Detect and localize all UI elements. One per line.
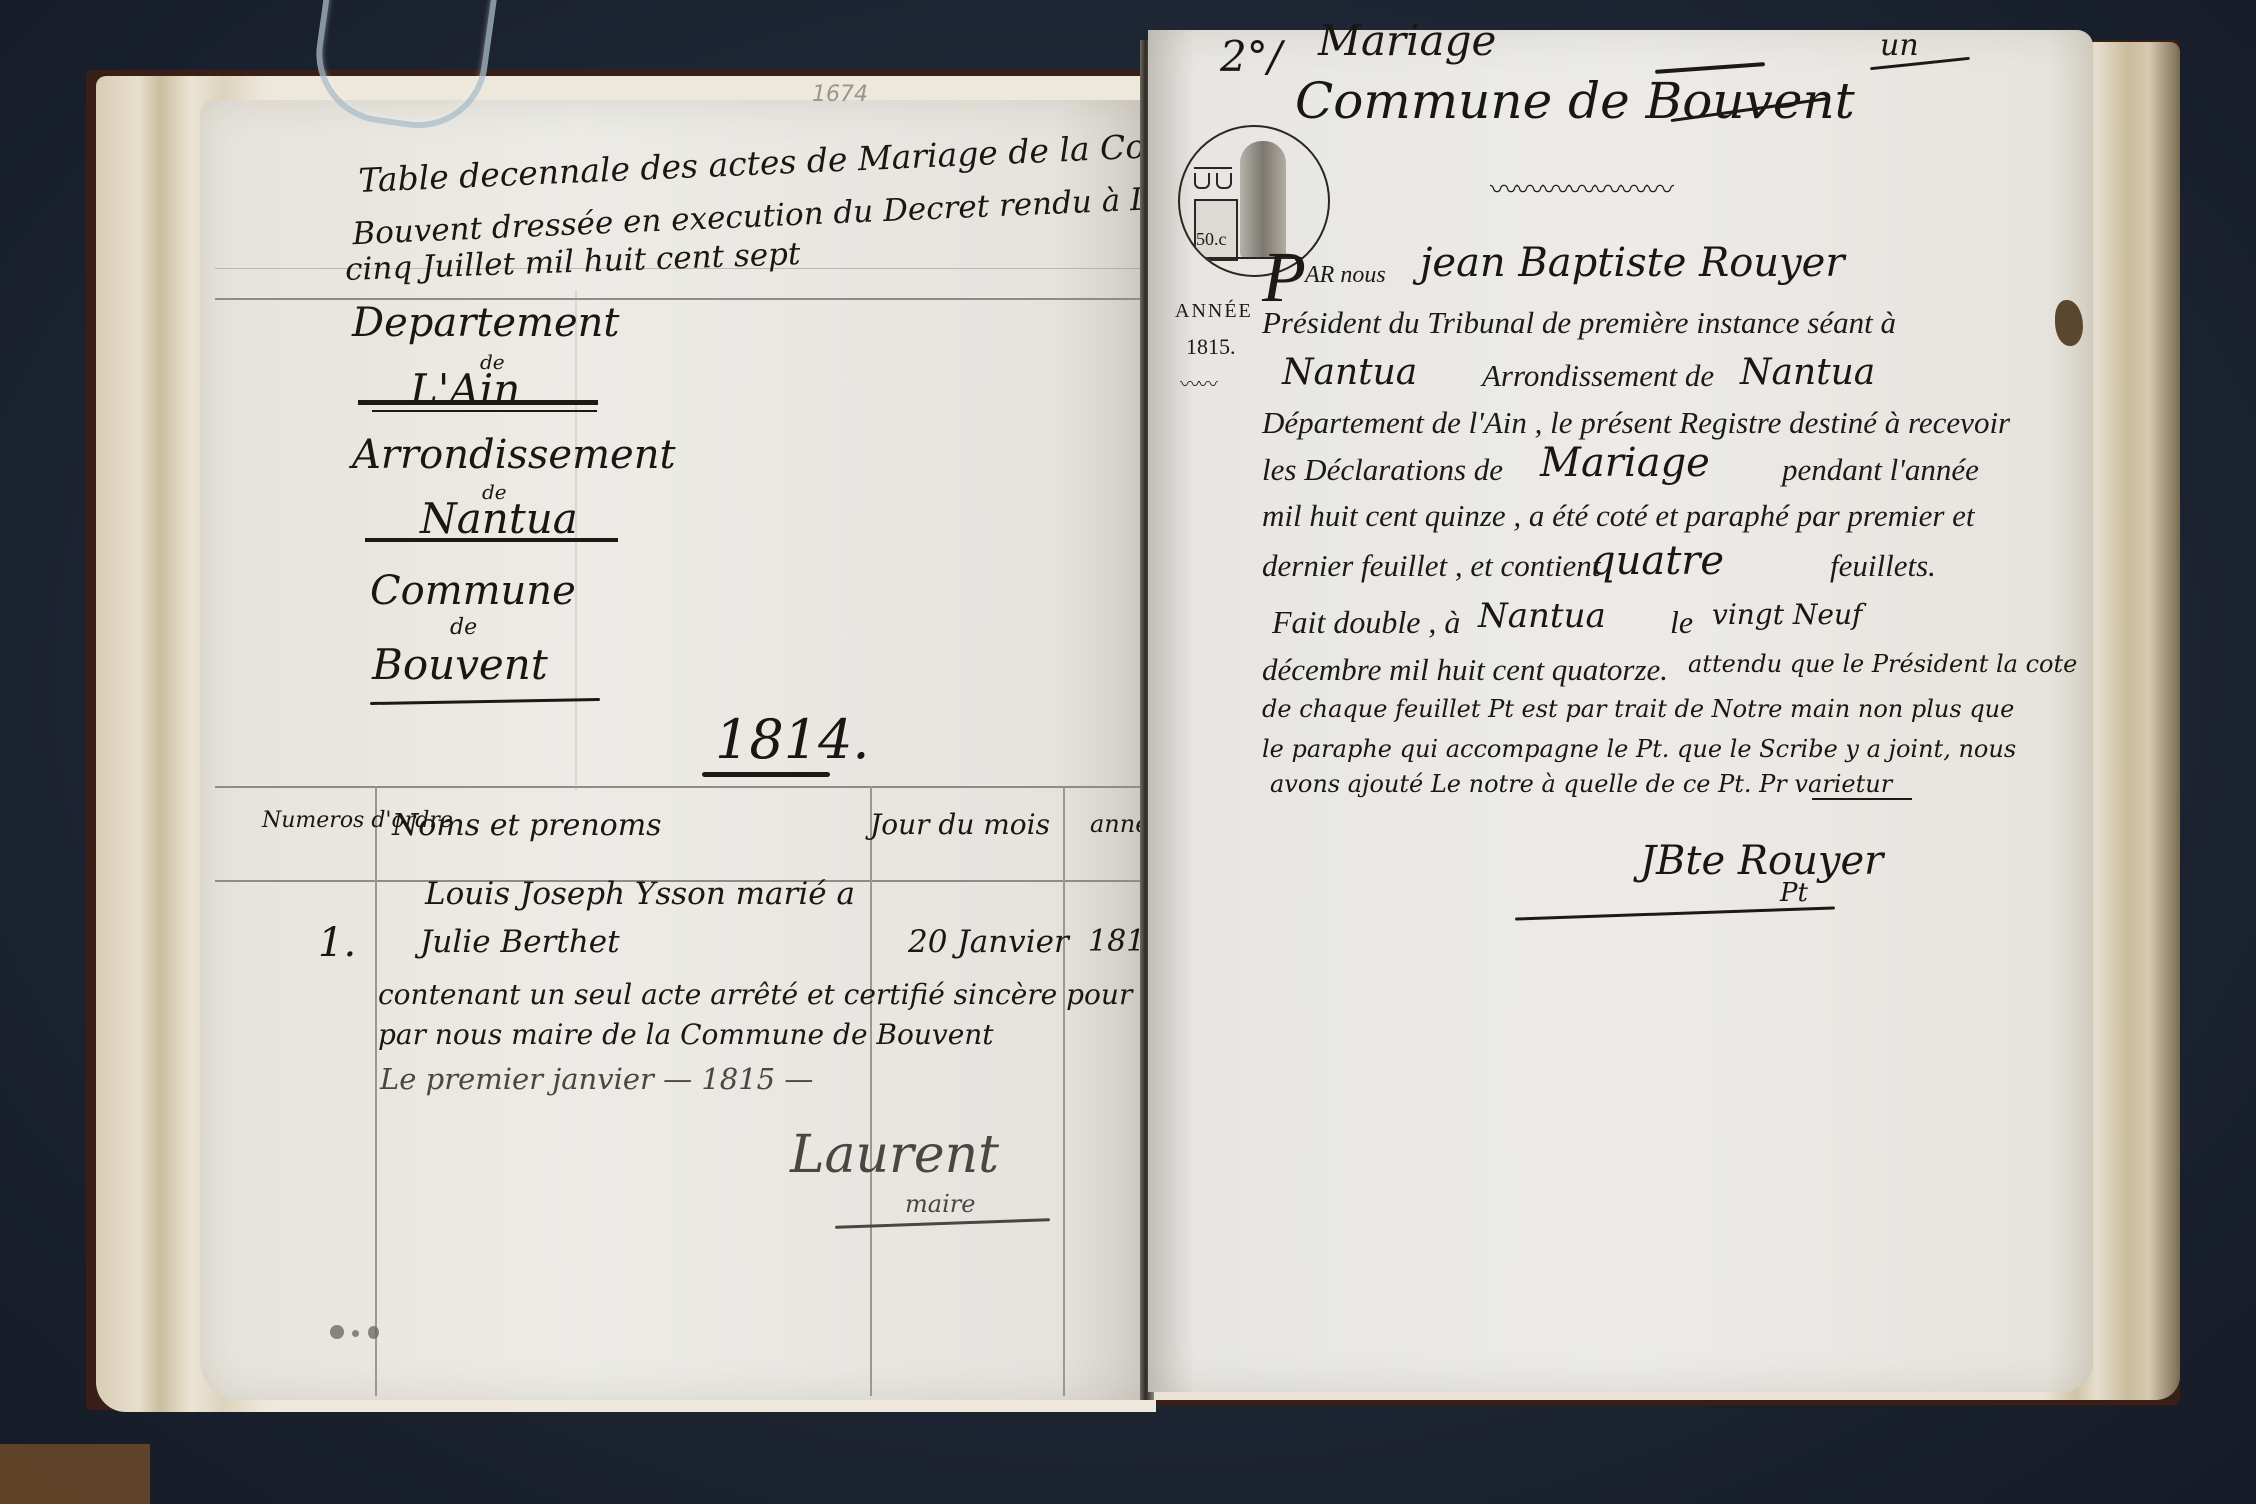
top-note-mariage: Mariage bbox=[1318, 16, 1496, 65]
handwritten-arrondissement: Nantua bbox=[1740, 352, 1875, 393]
left-page bbox=[200, 100, 1150, 1400]
closing-line-2: par nous maire de la Commune de Bouvent bbox=[378, 1018, 994, 1051]
annee-value: 1815. bbox=[1186, 334, 1236, 360]
column-header-noms: Noms et prenoms bbox=[392, 808, 662, 843]
president-signature: JBte Rouyer bbox=[1640, 838, 1883, 884]
scales-of-justice-icon bbox=[1194, 167, 1232, 197]
table-column-divider bbox=[1063, 786, 1065, 1396]
arrondissement-label: Arrondissement bbox=[352, 432, 676, 478]
printed-line-6: mil huit cent quinze , a été coté et par… bbox=[1262, 498, 1975, 534]
handwritten-addendum-line-2: le paraphe qui accompagne le Pt. que le … bbox=[1262, 735, 2016, 763]
pencil-archive-number: 1674 bbox=[812, 82, 868, 107]
handwritten-place: Nantua bbox=[1478, 596, 1606, 636]
handwritten-declaration-type: Mariage bbox=[1540, 440, 1710, 486]
row-day-month: 20 Janvier bbox=[908, 924, 1069, 960]
printed-line-5b: pendant l'année bbox=[1782, 452, 1979, 488]
handwritten-addendum-line-1: de chaque feuillet Pt est par trait de N… bbox=[1262, 695, 2014, 723]
printed-line-7b: feuillets. bbox=[1830, 548, 1936, 584]
handwritten-addendum-line-3: avons ajouté Le notre à quelle de ce Pt.… bbox=[1270, 770, 1892, 798]
closing-line-3: Le premier janvier — 1815 — bbox=[380, 1062, 813, 1096]
tax-stamp: 50.c bbox=[1178, 125, 1330, 277]
table-column-divider bbox=[375, 786, 377, 1396]
ink-spot bbox=[352, 1330, 359, 1337]
printed-line-4: Département de l'Ain , le présent Regist… bbox=[1262, 405, 2010, 441]
signature-suffix: Pt bbox=[1780, 878, 1808, 908]
ink-spot bbox=[368, 1326, 379, 1339]
handwritten-seat-city: Nantua bbox=[1282, 352, 1417, 393]
table-column-divider bbox=[870, 786, 872, 1396]
departement-value: L'Ain bbox=[410, 365, 520, 414]
mayor-title: maire bbox=[905, 1190, 975, 1218]
printed-line-9: décembre mil huit cent quatorze. bbox=[1262, 652, 1668, 688]
folio-number: 2°/ bbox=[1220, 32, 1282, 81]
ornamental-rule: 〰〰〰〰〰〰〰 bbox=[1490, 168, 1672, 208]
desk-surface bbox=[0, 1444, 150, 1504]
column-header-jour: Jour du mois bbox=[870, 808, 1050, 841]
printed-line-8a: Fait double , à bbox=[1272, 604, 1460, 641]
printed-line-8b: le bbox=[1670, 604, 1693, 641]
row-names-line-2: Julie Berthet bbox=[420, 924, 620, 960]
printed-line-7a: dernier feuillet , et contient bbox=[1262, 548, 1600, 584]
commune-prep: de bbox=[450, 615, 477, 640]
closing-line-1: contenant un seul acte arrêté et certifi… bbox=[378, 978, 1132, 1011]
handwritten-date: vingt Neuf bbox=[1712, 598, 1862, 631]
printed-line-5a: les Déclarations de bbox=[1262, 452, 1503, 488]
departement-label: Departement bbox=[352, 300, 620, 346]
printed-line-2: Président du Tribunal de première instan… bbox=[1262, 305, 1896, 341]
printed-line-3: Arrondissement de bbox=[1482, 358, 1714, 394]
handwritten-addendum-start: attendu que le Président la cote bbox=[1688, 650, 2077, 678]
handwritten-leaf-count: quatre bbox=[1590, 538, 1724, 584]
top-note-un: un bbox=[1880, 28, 1919, 63]
underline bbox=[372, 410, 597, 412]
ornamental-rule: 〰〰 bbox=[1180, 368, 1216, 397]
arrondissement-value: Nantua bbox=[420, 494, 578, 543]
row-numero: 1. bbox=[318, 920, 356, 966]
printed-line-1: AR nous bbox=[1305, 262, 1386, 289]
mayor-signature: Laurent bbox=[790, 1125, 999, 1185]
handwritten-president-name: jean Baptiste Rouyer bbox=[1420, 240, 1844, 286]
year-underline bbox=[702, 772, 830, 777]
underline-varietur bbox=[1812, 798, 1912, 800]
table-top-rule bbox=[215, 786, 1145, 788]
commune-title: Commune de Bouvent bbox=[1295, 72, 1855, 130]
row-names-line-1: Louis Joseph Ysson marié a bbox=[425, 876, 855, 912]
commune-value: Bouvent bbox=[372, 640, 548, 689]
ink-spot bbox=[330, 1325, 344, 1339]
commune-label: Commune bbox=[370, 568, 576, 614]
underline bbox=[358, 400, 598, 405]
year-heading: 1814. bbox=[715, 708, 870, 771]
underline bbox=[365, 538, 618, 542]
annee-label: ANNÉE bbox=[1175, 300, 1253, 323]
stamp-value: 50.c bbox=[1196, 229, 1227, 250]
